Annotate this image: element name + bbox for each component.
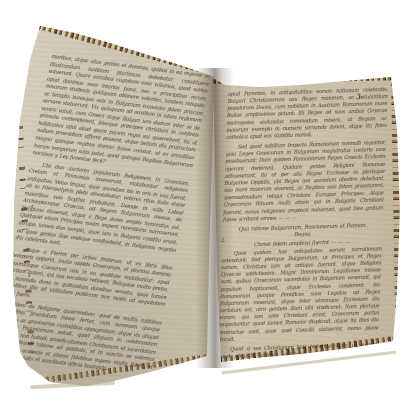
manuscript-paragraph: Quae quidem hae antiquitates eorum narra… (218, 246, 382, 344)
right-page-handwritten-text: apud Parentes, in antiquitatibus eorum n… (216, 87, 387, 393)
left-margin-annotation: § (28, 273, 31, 279)
left-margin-annotation: § (31, 204, 34, 210)
right-page-top-deckle-edge (213, 75, 395, 84)
right-page-right-deckle-edge (391, 77, 402, 345)
left-page-handwritten-text: moribus, atque alias gentes et dominia, … (0, 54, 211, 383)
right-margin-annotation: 2. (221, 238, 226, 244)
manuscript-paragraph: Quod si vos Christianam huic historiae f… (217, 342, 379, 390)
photo-background: moribus, atque alias gentes et dominia, … (0, 0, 416, 416)
manuscript-paragraph: Ubi duo auctores populorum Religionem in… (15, 161, 190, 263)
manuscript-paragraph: Sed quod nobilium Imperio Romanorum nonn… (223, 140, 386, 224)
manuscript-paragraph: apud Parentes, in antiquitatibus eorum n… (226, 87, 388, 142)
manuscript-paragraph: moribus, atque alias gentes et dominia, … (31, 54, 210, 178)
